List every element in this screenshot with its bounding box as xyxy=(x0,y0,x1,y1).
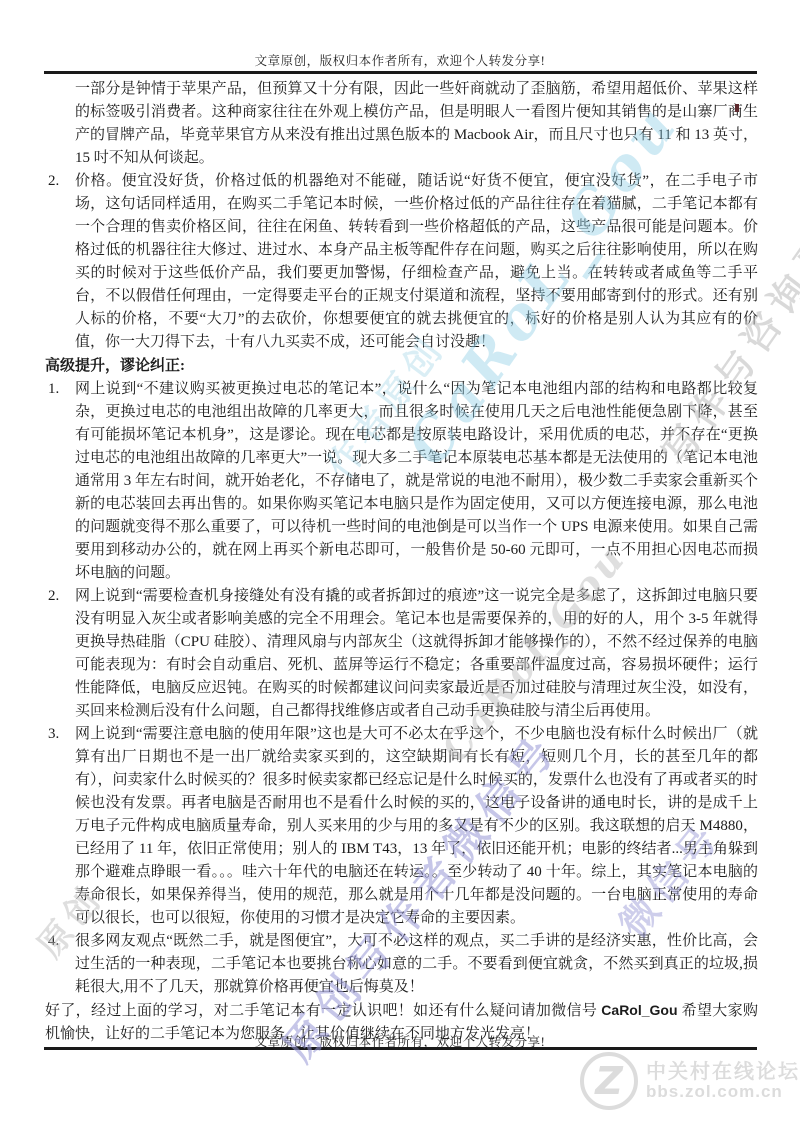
closing-text-pre: 好了，经过上面的学习，对二手笔记本有一定认识吧！如还有什么疑问请加微信号 xyxy=(45,1003,601,1019)
list-number: 3. xyxy=(48,723,59,746)
list-text: 价格。便宜没好货，价格过低的机器绝对不能碰，随话说“好货不便宜，便宜没好货”，在… xyxy=(75,173,758,350)
footer-rule xyxy=(44,1047,757,1050)
list-item-myth-cheap: 4. 很多网友观点“既然二手，就是图便宜”，大可不必这样的观点，买二手讲的是经济… xyxy=(45,930,758,999)
wechat-id: CaRol_Gou xyxy=(601,1002,677,1018)
zol-forum-url: bbs.zol.com.cn xyxy=(646,1083,800,1102)
header-notice: 文章原创，版权归本作者所有，欢迎个人转发分享! xyxy=(0,51,800,69)
list-text: 网上说到“不建议购买被更换过电芯的笔记本”，说什么“因为笔记本电池组内部的结构和… xyxy=(75,381,758,581)
list-number: 2. xyxy=(48,170,59,193)
scan-artifact-mark xyxy=(735,104,739,112)
list-item-myth-age: 3. 网上说到“需要注意电脑的使用年限”这也是大可不必太在乎这个，不少电脑也没有… xyxy=(45,723,758,930)
document-body: 一部分是钟情于苹果产品，但预算又十分有限，因此一些奸商就动了歪脑筋，希望用超低价… xyxy=(45,78,758,1046)
list-text: 很多网友观点“既然二手，就是图便宜”，大可不必这样的观点，买二手讲的是经济实惠，… xyxy=(75,933,758,995)
list-number: 4. xyxy=(48,930,59,953)
zol-z-icon: Z xyxy=(580,1052,638,1110)
section-heading: 高级提升，谬论纠正: xyxy=(45,355,758,378)
list-text: 网上说到“需要检查机身接缝处有没有撬的或者拆卸过的痕迹”这一说完全是多虑了，这拆… xyxy=(75,588,758,719)
list-item-price: 2. 价格。便宜没好货，价格过低的机器绝对不能碰，随话说“好货不便宜，便宜没好货… xyxy=(45,170,758,354)
document-page: 文章原创，版权归本作者所有，欢迎个人转发分享! CaRoL_Gou 写作与咨询马… xyxy=(0,0,800,1131)
list-item-myth-battery: 1. 网上说到“不建议购买被更换过电芯的笔记本”，说什么“因为笔记本电池组内部的… xyxy=(45,378,758,585)
closing-paragraph: 好了，经过上面的学习，对二手笔记本有一定认识吧！如还有什么疑问请加微信号 CaR… xyxy=(45,999,758,1046)
list-item-myth-seams: 2. 网上说到“需要检查机身接缝处有没有撬的或者拆卸过的痕迹”这一说完全是多虑了… xyxy=(45,585,758,723)
zol-logo-text: 中关村在线论坛 bbs.zol.com.cn xyxy=(646,1061,800,1102)
list-number: 1. xyxy=(48,378,59,401)
list-text: 网上说到“需要注意电脑的使用年限”这也是大可不必太在乎这个，不少电脑也没有标什么… xyxy=(75,726,758,926)
zol-forum-name: 中关村在线论坛 xyxy=(646,1061,800,1083)
list-number: 2. xyxy=(48,585,59,608)
header-rule xyxy=(44,71,757,74)
zol-logo: Z 中关村在线论坛 bbs.zol.com.cn xyxy=(580,1052,800,1110)
intro-paragraph: 一部分是钟情于苹果产品，但预算又十分有限，因此一些奸商就动了歪脑筋，希望用超低价… xyxy=(75,78,758,170)
